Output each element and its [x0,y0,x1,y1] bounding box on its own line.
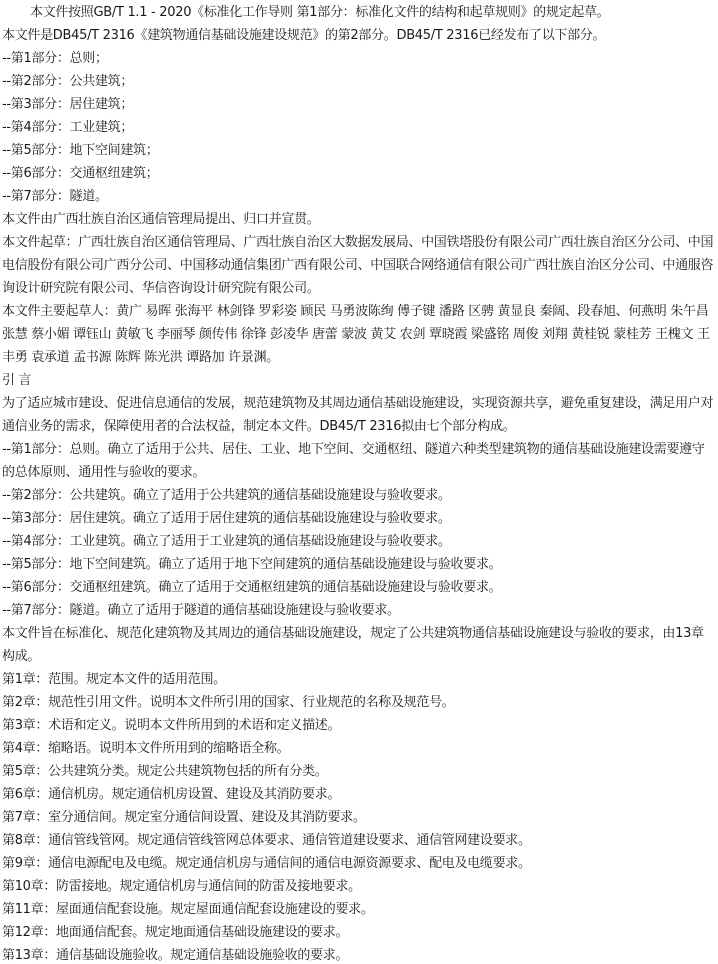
part-list-item: --第6部分：交通枢纽建筑； [2,162,718,185]
intro-part-item: --第6部分：交通枢纽建筑。确立了适用于交通枢纽建筑的通信基础设施建设与验收要求… [2,576,718,599]
chapter-item: 第6章：通信机房。规定通信机房设置、建设及其消防要求。 [2,783,718,806]
chapter-item: 第11章：屋面通信配套设施。规定屋面通信配套设施建设的要求。 [2,898,718,921]
chapter-item: 第7章：室分通信间。规定室分通信间设置、建设及其消防要求。 [2,806,718,829]
foreword-intro: 本文件按照GB/T 1.1 - 2020《标准化工作导则 第1部分：标准化文件的… [2,1,718,24]
chapter-item: 第1章：范围。规定本文件的适用范围。 [2,668,718,691]
chapter-item: 第13章：通信基础设施验收。规定通信基础设施验收的要求。 [2,944,718,964]
chapter-item: 第4章：缩略语。说明本文件所用到的缩略语全称。 [2,737,718,760]
intro-part-item: --第2部分：公共建筑。确立了适用于公共建筑的通信基础设施建设与验收要求。 [2,484,718,507]
document-body: 本文件按照GB/T 1.1 - 2020《标准化工作导则 第1部分：标准化文件的… [0,1,718,964]
chapter-item: 第2章：规范性引用文件。说明本文件所引用的国家、行业规范的名称及规范号。 [2,691,718,714]
proposer-statement: 本文件由广西壮族自治区通信管理局提出、归口并宣贯。 [2,208,718,231]
chapter-item: 第3章：术语和定义。说明本文件所用到的术语和定义描述。 [2,714,718,737]
foreword-series: 本文件是DB45/T 2316《建筑物通信基础设施建设规范》的第2部分。DB45… [2,24,718,47]
part-list-item: --第7部分：隧道。 [2,185,718,208]
part-list-item: --第1部分：总则； [2,47,718,70]
intro-part-item: --第1部分：总则。确立了适用于公共、居住、工业、地下空间、交通枢纽、隧道六种类… [2,438,716,484]
intro-part-item: --第5部分：地下空间建筑。确立了适用于地下空间建筑的通信基础设施建设与验收要求… [2,553,718,576]
drafters: 本文件主要起草人：黄广 易晖 张海平 林剑锋 罗彩姿 顾民 马勇波陈绚 傅子键 … [2,300,716,369]
introduction-heading: 引 言 [2,369,718,392]
introduction-purpose: 为了适应城市建设、促进信息通信的发展，规范建筑物及其周边通信基础设施建设，实现资… [2,392,716,438]
part-list-item: --第2部分：公共建筑； [2,70,718,93]
part-list-item: --第4部分：工业建筑； [2,116,718,139]
part-list-item: --第3部分：居住建筑； [2,93,718,116]
chapter-item: 第9章：通信电源配电及电缆。规定通信机房与通信间的通信电源资源要求、配电及电缆要… [2,852,718,875]
intro-part-item: --第7部分：隧道。确立了适用于隧道的通信基础设施建设与验收要求。 [2,599,718,622]
chapter-item: 第8章：通信管线管网。规定通信管线管网总体要求、通信管道建设要求、通信管网建设要… [2,829,718,852]
introduction-aim: 本文件旨在标准化、规范化建筑物及其周边的通信基础设施建设，规定了公共建筑物通信基… [2,622,716,668]
intro-part-item: --第4部分：工业建筑。确立了适用于工业建筑的通信基础设施建设与验收要求。 [2,530,718,553]
intro-part-item: --第3部分：居住建筑。确立了适用于居住建筑的通信基础设施建设与验收要求。 [2,507,718,530]
drafting-units: 本文件起草：广西壮族自治区通信管理局、广西壮族自治区大数据发展局、中国铁塔股份有… [2,231,716,300]
chapter-item: 第5章：公共建筑分类。规定公共建筑物包括的所有分类。 [2,760,718,783]
part-list-item: --第5部分：地下空间建筑； [2,139,718,162]
chapter-item: 第10章：防雷接地。规定通信机房与通信间的防雷及接地要求。 [2,875,718,898]
chapter-item: 第12章：地面通信配套。规定地面通信基础设施建设的要求。 [2,921,718,944]
